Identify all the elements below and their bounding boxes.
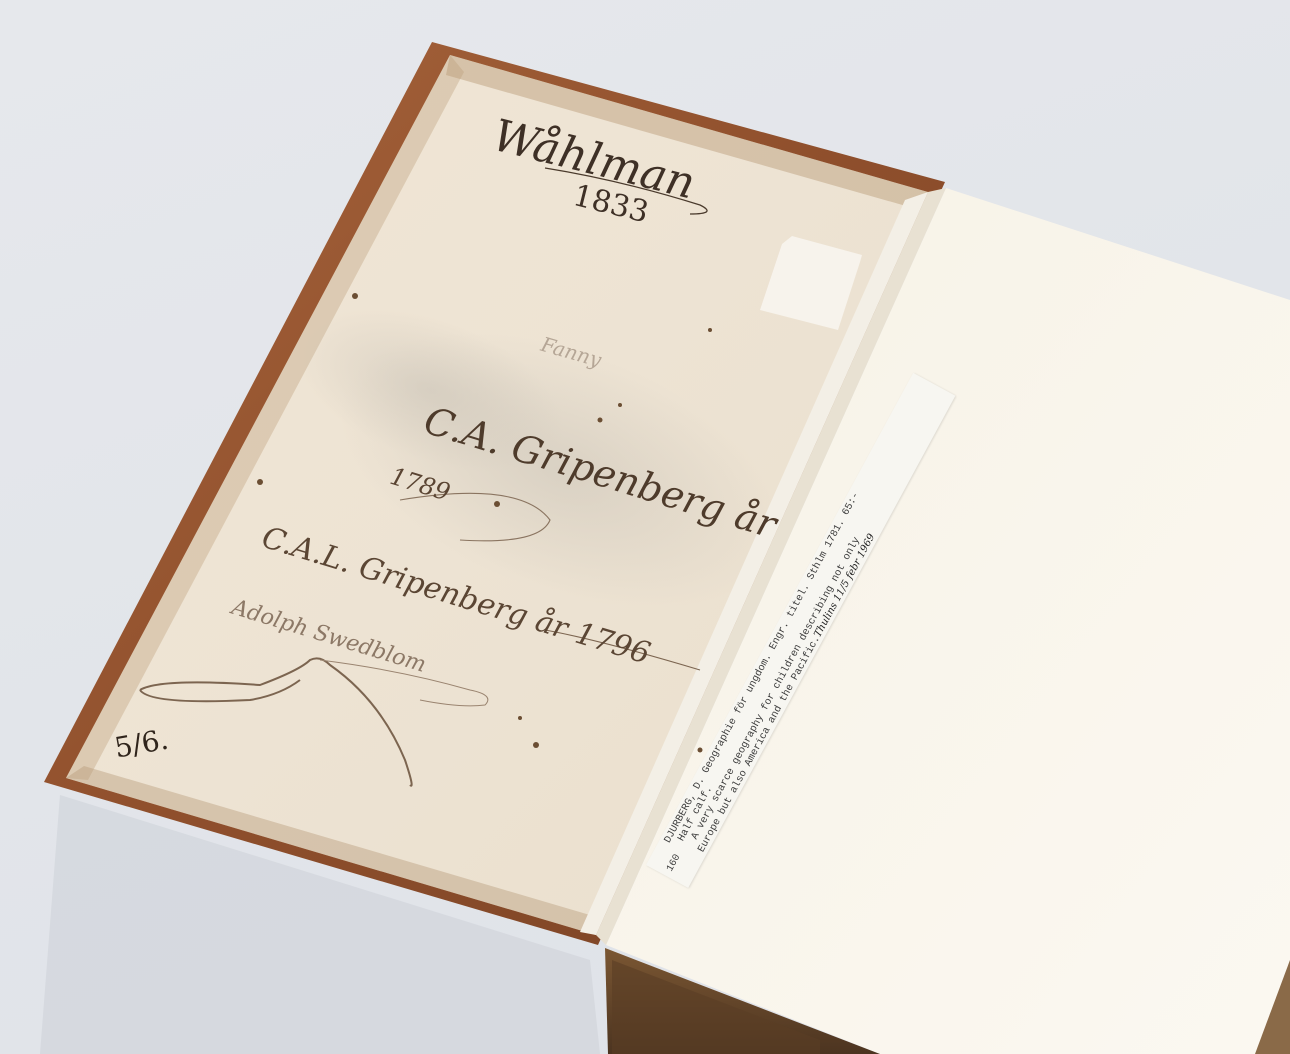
lot-number: 160 [665, 853, 683, 874]
book-photo: Wåhlman 1833 Fanny C.A. Gripenberg år 17… [0, 0, 1290, 1054]
